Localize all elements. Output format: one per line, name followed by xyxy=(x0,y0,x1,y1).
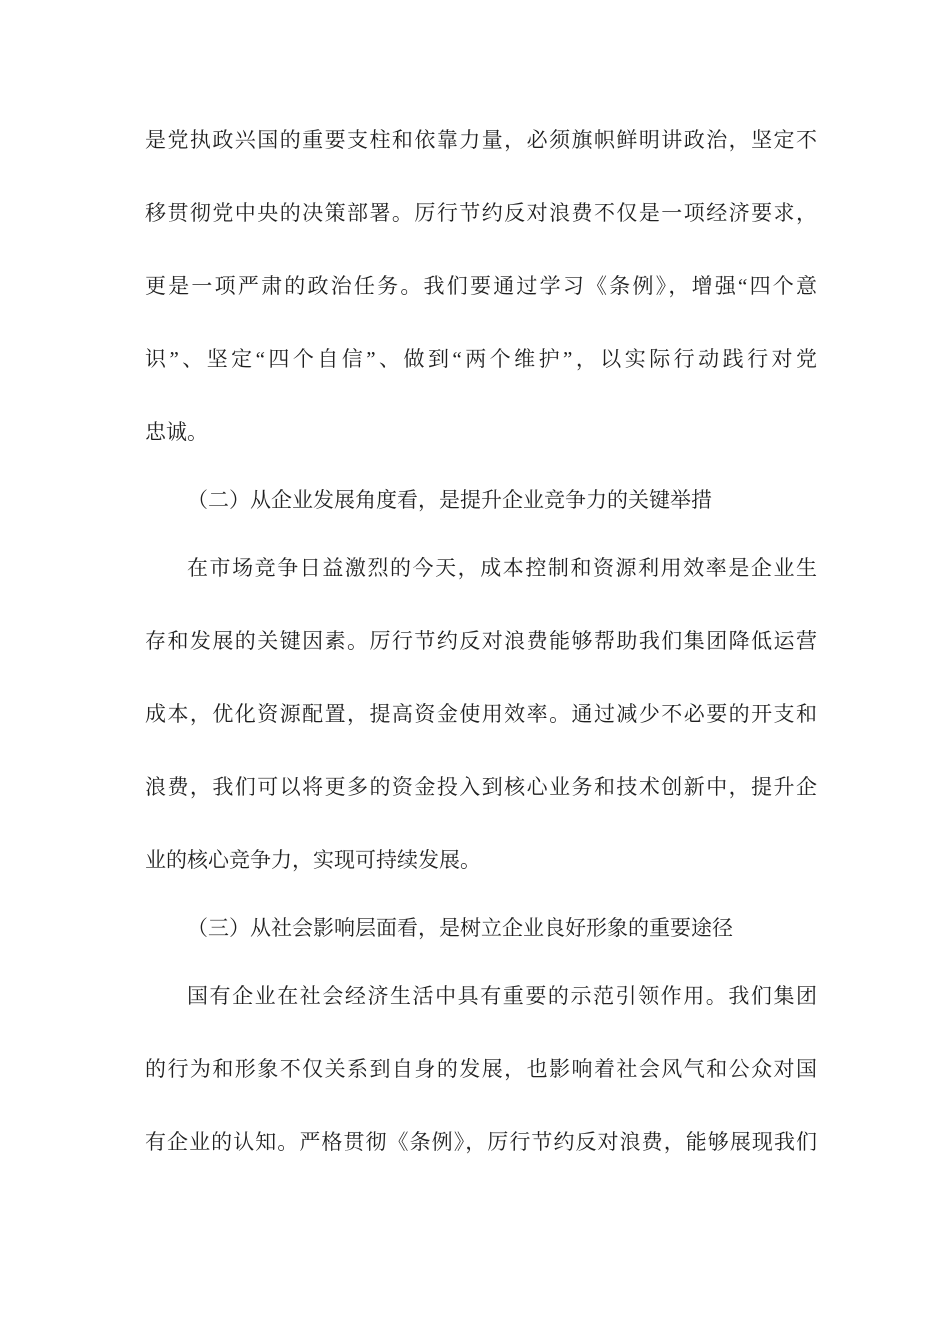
doc-line: 的行为和形象不仅关系到自身的发展，也影响着社会风气和公众对国 xyxy=(145,1033,817,1106)
text-block: 是党执政兴国的重要支柱和依靠力量，必须旗帜鲜明讲政治，坚定不移贯彻党中央的决策部… xyxy=(145,104,817,1179)
doc-line: 存和发展的关键因素。厉行节约反对浪费能够帮助我们集团降低运营 xyxy=(145,605,817,678)
doc-line: 移贯彻党中央的决策部署。厉行节约反对浪费不仅是一项经济要求， xyxy=(145,177,817,250)
doc-line: 成本，优化资源配置，提高资金使用效率。通过减少不必要的开支和 xyxy=(145,678,817,751)
doc-line: 国有企业在社会经济生活中具有重要的示范引领作用。我们集团 xyxy=(145,960,817,1033)
doc-line: 业的核心竞争力，实现可持续发展。 xyxy=(145,824,817,897)
doc-line: 是党执政兴国的重要支柱和依靠力量，必须旗帜鲜明讲政治，坚定不 xyxy=(145,104,817,177)
doc-line: 有企业的认知。严格贯彻《条例》，厉行节约反对浪费，能够展现我们 xyxy=(145,1106,817,1179)
doc-line: 浪费，我们可以将更多的资金投入到核心业务和技术创新中，提升企 xyxy=(145,751,817,824)
document-page: 是党执政兴国的重要支柱和依靠力量，必须旗帜鲜明讲政治，坚定不移贯彻党中央的决策部… xyxy=(0,0,950,1344)
section-heading: （二）从企业发展角度看，是提升企业竞争力的关键举措 xyxy=(145,469,817,532)
doc-line: 在市场竞争日益激烈的今天，成本控制和资源利用效率是企业生 xyxy=(145,532,817,605)
section-heading: （三）从社会影响层面看，是树立企业良好形象的重要途径 xyxy=(145,897,817,960)
doc-line: 更是一项严肃的政治任务。我们要通过学习《条例》，增强“四个意 xyxy=(145,250,817,323)
doc-line: 忠诚。 xyxy=(145,396,817,469)
doc-line: 识”、坚定“四个自信”、做到“两个维护”，以实际行动践行对党 xyxy=(145,323,817,396)
